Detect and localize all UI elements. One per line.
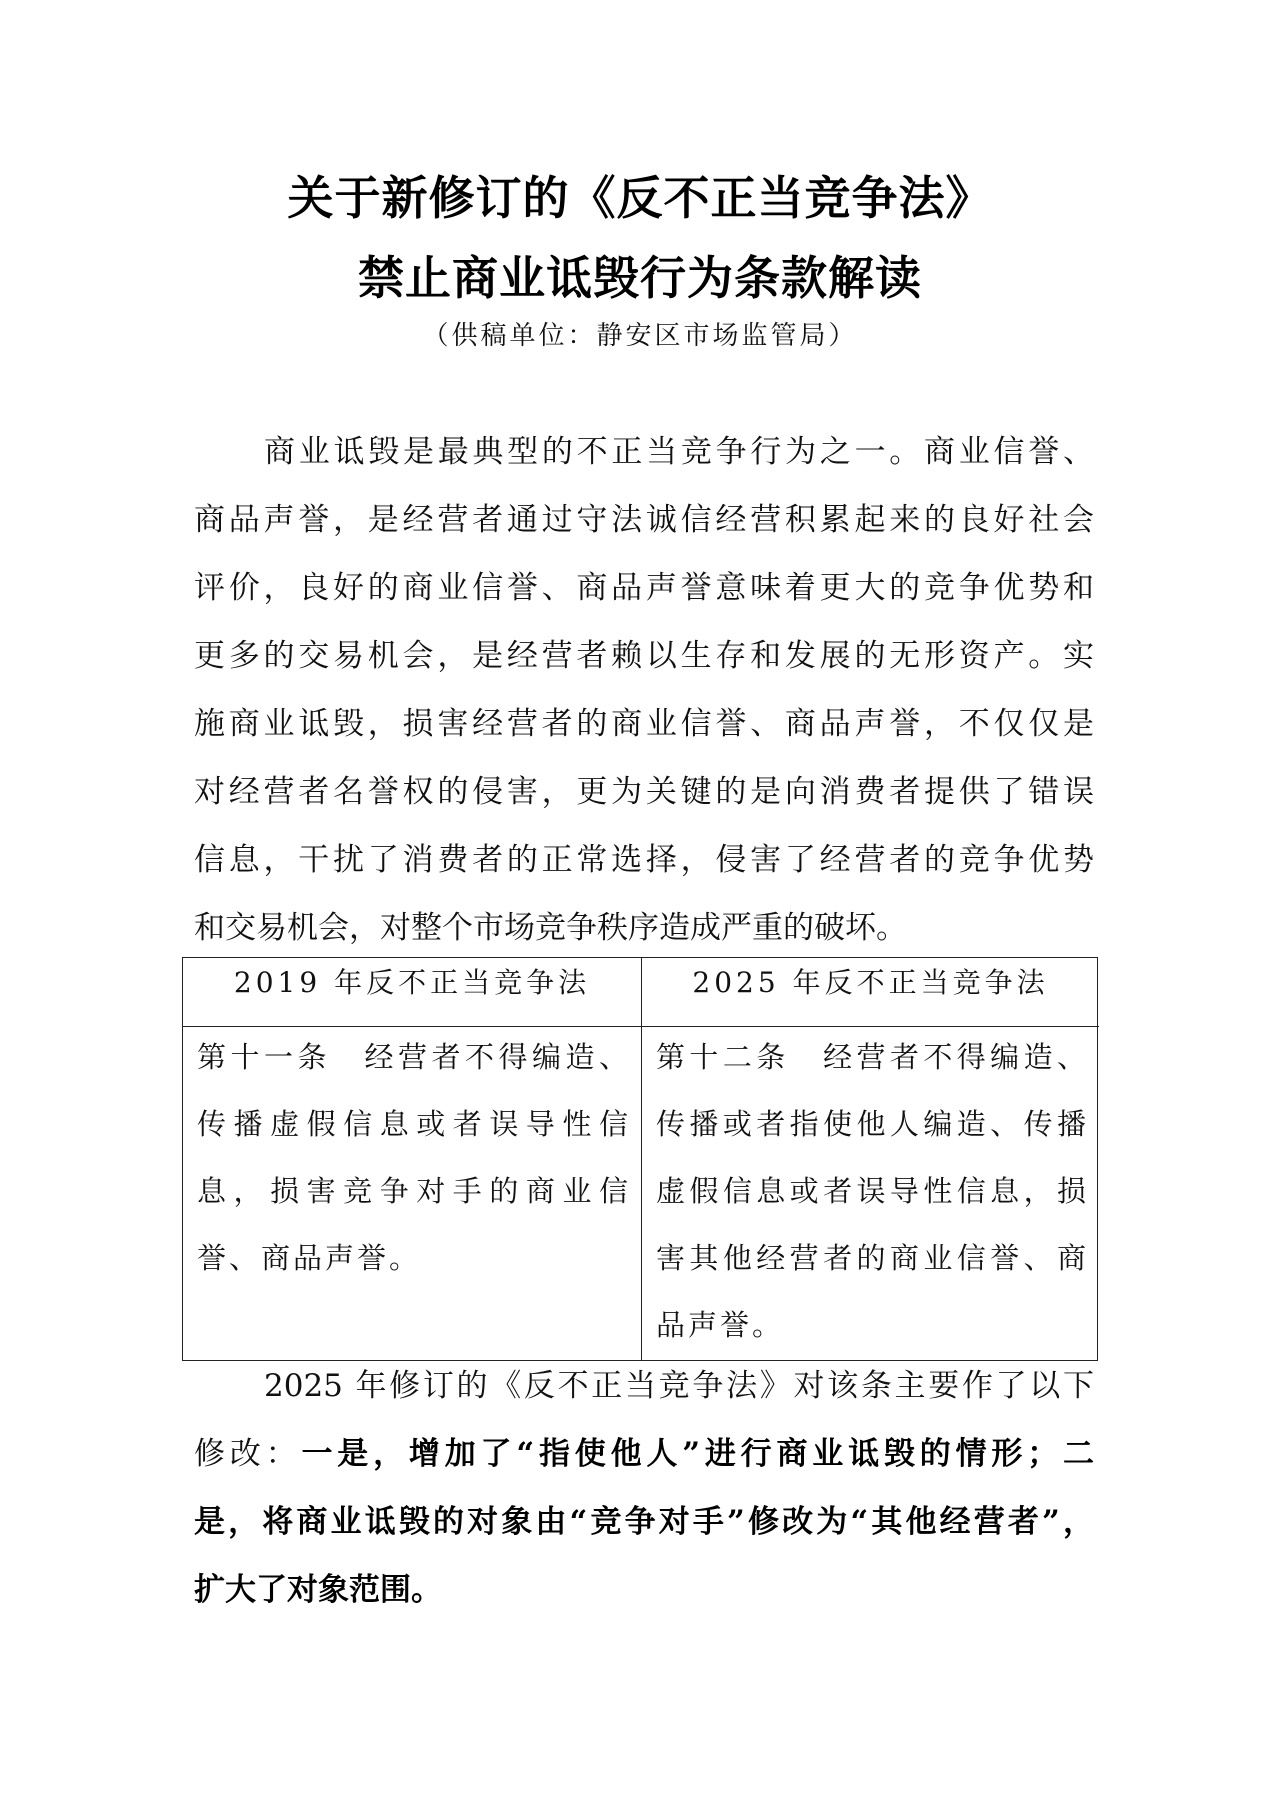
- summary-lead: 修改：: [194, 1436, 301, 1472]
- paragraph-line: 对经营者名誉权的侵害，更为关键的是向消费者提供了错误: [194, 758, 1094, 826]
- paragraph-line: 商品声誉，是经营者通过守法诚信经营积累起来的良好社会: [194, 486, 1094, 554]
- source-attribution: （供稿单位：静安区市场监管局）: [0, 318, 1280, 354]
- cell-line: 誉、商品声誉。: [197, 1228, 631, 1295]
- paragraph-line: 评价，良好的商业信誉、商品声誉意味着更大的竞争优势和: [194, 554, 1094, 622]
- table-header-2019: 2019 年反不正当竞争法: [183, 958, 641, 1027]
- paragraph-line: 信息，干扰了消费者的正常选择，侵害了经营者的竞争优势: [194, 826, 1094, 894]
- paragraph-line: 更多的交易机会，是经营者赖以生存和发展的无形资产。实: [194, 622, 1094, 690]
- cell-line: 第十二条 经营者不得编造、: [656, 1027, 1089, 1094]
- table-column-2025: 2025 年反不正当竞争法 第十二条 经营者不得编造、 传播或者指使他人编造、传…: [642, 958, 1099, 1360]
- document-title-line-1: 关于新修订的《反不正当竞争法》: [0, 168, 1280, 228]
- summary-point-1: 一是，增加了“指使他人”进行商业诋毁的情形；二: [301, 1436, 1094, 1472]
- table-cell-article-11: 第十一条 经营者不得编造、 传播虚假信息或者误导性信 息，损害竞争对手的商业信 …: [183, 1027, 641, 1295]
- document-title-line-2: 禁止商业诋毁行为条款解读: [0, 248, 1280, 308]
- summary-point-2-end: 扩大了对象范围。: [194, 1556, 1094, 1624]
- cell-line: 传播或者指使他人编造、传播: [656, 1094, 1089, 1161]
- cell-line: 害其他经营者的商业信誉、商: [656, 1228, 1089, 1295]
- cell-line: 传播虚假信息或者误导性信: [197, 1094, 631, 1161]
- paragraph-line: 商业诋毁是最典型的不正当竞争行为之一。商业信誉、: [194, 418, 1094, 486]
- table-column-2019: 2019 年反不正当竞争法 第十一条 经营者不得编造、 传播虚假信息或者误导性信…: [183, 958, 642, 1360]
- paragraph-line: 施商业诋毁，损害经营者的商业信誉、商品声誉，不仅仅是: [194, 690, 1094, 758]
- document-page: 关于新修订的《反不正当竞争法》 禁止商业诋毁行为条款解读 （供稿单位：静安区市场…: [0, 0, 1280, 1810]
- cell-line: 息，损害竞争对手的商业信: [197, 1161, 631, 1228]
- intro-paragraph: 商业诋毁是最典型的不正当竞争行为之一。商业信誉、 商品声誉，是经营者通过守法诚信…: [194, 418, 1094, 962]
- cell-line: 虚假信息或者误导性信息，损: [656, 1161, 1089, 1228]
- law-comparison-table: 2019 年反不正当竞争法 第十一条 经营者不得编造、 传播虚假信息或者误导性信…: [182, 957, 1098, 1361]
- table-cell-article-12: 第十二条 经营者不得编造、 传播或者指使他人编造、传播 虚假信息或者误导性信息，…: [642, 1027, 1099, 1362]
- cell-line: 第十一条 经营者不得编造、: [197, 1027, 631, 1094]
- table-header-2025: 2025 年反不正当竞争法: [642, 958, 1099, 1027]
- summary-point-2: 是，将商业诋毁的对象由“竞争对手”修改为“其他经营者”，: [194, 1488, 1094, 1556]
- paragraph-line: 2025 年修订的《反不正当竞争法》对该条主要作了以下: [194, 1352, 1094, 1420]
- paragraph-line: 和交易机会，对整个市场竞争秩序造成严重的破坏。: [194, 894, 1094, 962]
- paragraph-line: 修改：一是，增加了“指使他人”进行商业诋毁的情形；二: [194, 1420, 1094, 1488]
- summary-paragraph: 2025 年修订的《反不正当竞争法》对该条主要作了以下 修改：一是，增加了“指使…: [194, 1352, 1094, 1624]
